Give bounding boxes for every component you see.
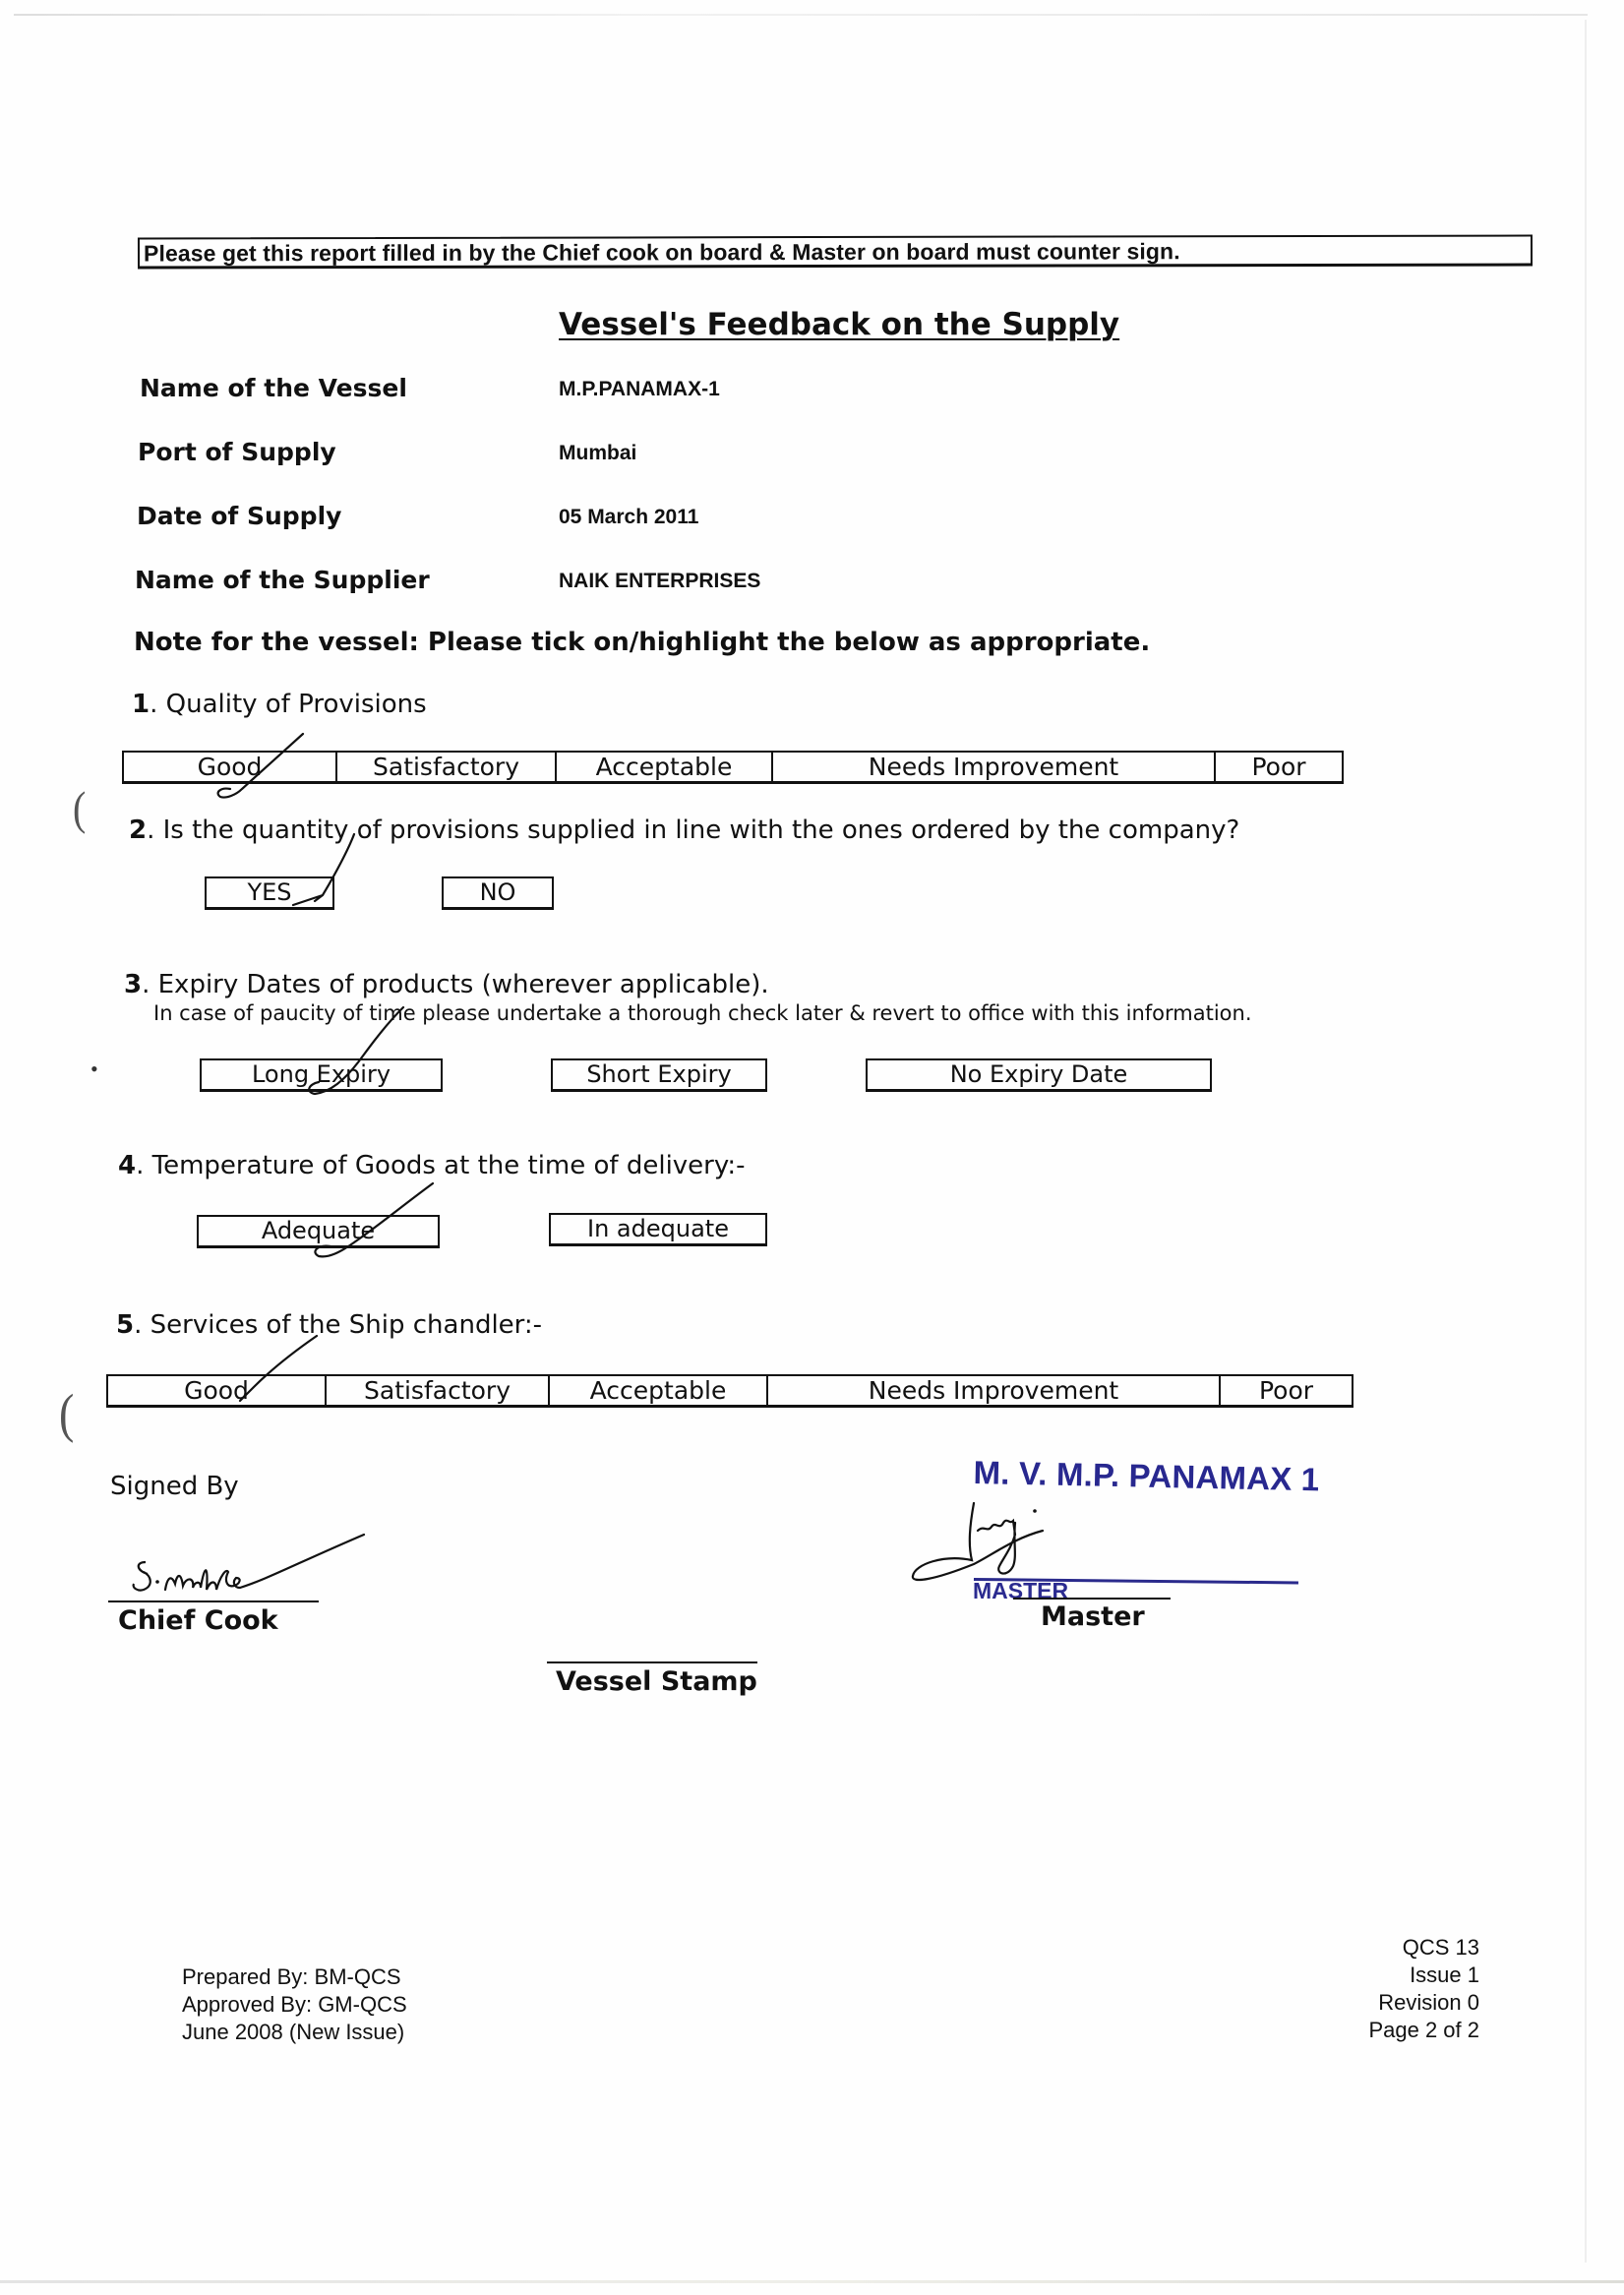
question-4: 4. Temperature of Goods at the time of d… (118, 1151, 746, 1180)
question-5: 5. Services of the Ship chandler:- (116, 1310, 542, 1340)
scan-edge-top (14, 14, 1588, 16)
scan-edge-right (1585, 20, 1587, 2263)
master-caption: Master (1041, 1601, 1145, 1632)
question-number: 1 (132, 690, 150, 719)
option-inadequate[interactable]: In adequate (549, 1213, 767, 1246)
chief-cook-caption: Chief Cook (118, 1605, 278, 1636)
question-number: 5 (116, 1310, 134, 1340)
date-of-supply-value: 05 March 2011 (559, 506, 698, 529)
page-title: Vessel's Feedback on the Supply (559, 307, 1119, 342)
footer-form-code: QCS 13 (1279, 1934, 1479, 1962)
vessel-name-value: M.P.PANAMAX-1 (559, 378, 720, 401)
question-text: . Is the quantity of provisions supplied… (147, 815, 1239, 845)
question-number: 3 (124, 970, 142, 999)
question-3: 3. Expiry Dates of products (wherever ap… (124, 970, 769, 999)
question-text: . Temperature of Goods at the time of de… (136, 1151, 745, 1180)
signed-by-label: Signed By (110, 1472, 239, 1501)
footer-issue: Issue 1 (1279, 1962, 1479, 1989)
option-long-expiry[interactable]: Long Expiry (200, 1058, 443, 1092)
scanned-form-page: ( ( • Please get this report filled in b… (0, 0, 1624, 2295)
chief-cook-signature-icon (118, 1525, 374, 1603)
stamp-role: MASTER (973, 1578, 1068, 1604)
supplier-name-value: NAIK ENTERPRISES (559, 570, 760, 593)
question-text: . Expiry Dates of products (wherever app… (142, 970, 769, 999)
option-no[interactable]: NO (442, 876, 554, 910)
footer-document-info: Prepared By: BM-QCS Approved By: GM-QCS … (182, 1963, 407, 2046)
vessel-stamp-name: M. V. M.P. PANAMAX 1 (973, 1454, 1320, 1498)
chandler-services-rating-row: Good Satisfactory Acceptable Needs Impro… (106, 1374, 1353, 1408)
question-text: . Quality of Provisions (150, 690, 427, 719)
footer-prepared-by: Prepared By: BM-QCS (182, 1963, 407, 1991)
rating-option-acceptable[interactable]: Acceptable (550, 1376, 768, 1405)
margin-bracket-mark: ( (73, 780, 86, 835)
rating-option-good[interactable]: Good (108, 1376, 327, 1405)
date-of-supply-label: Date of Supply (137, 502, 341, 530)
footer-page-number: Page 2 of 2 (1279, 2017, 1479, 2044)
quality-rating-row: Good Satisfactory Acceptable Needs Impro… (122, 751, 1344, 784)
master-signature-line (1013, 1598, 1171, 1600)
margin-bracket-mark: ( (59, 1382, 74, 1445)
rating-option-poor[interactable]: Poor (1221, 1376, 1352, 1405)
option-no-expiry-date[interactable]: No Expiry Date (866, 1058, 1212, 1092)
question-number: 2 (129, 815, 147, 845)
rating-option-needs-improvement[interactable]: Needs Improvement (773, 753, 1216, 781)
question-number: 4 (118, 1151, 136, 1180)
footer-approved-by: Approved By: GM-QCS (182, 1991, 407, 2019)
port-of-supply-label: Port of Supply (138, 438, 336, 466)
chief-cook-signature-line (108, 1600, 319, 1602)
rating-option-satisfactory[interactable]: Satisfactory (337, 753, 557, 781)
rating-option-poor[interactable]: Poor (1216, 753, 1342, 781)
question-1: 1. Quality of Provisions (132, 690, 427, 719)
port-of-supply-value: Mumbai (559, 442, 636, 465)
rating-option-satisfactory[interactable]: Satisfactory (327, 1376, 550, 1405)
rating-option-acceptable[interactable]: Acceptable (557, 753, 773, 781)
vessel-note: Note for the vessel: Please tick on/high… (134, 628, 1150, 657)
supplier-name-label: Name of the Supplier (135, 566, 430, 594)
instruction-notice: Please get this report filled in by the … (138, 235, 1533, 270)
question-text: . Services of the Ship chandler:- (134, 1310, 542, 1340)
option-yes[interactable]: YES (205, 876, 334, 910)
footer-issue-date: June 2008 (New Issue) (182, 2019, 407, 2046)
rating-option-good[interactable]: Good (124, 753, 337, 781)
rating-option-needs-improvement[interactable]: Needs Improvement (768, 1376, 1221, 1405)
footer-revision-info: QCS 13 Issue 1 Revision 0 Page 2 of 2 (1279, 1934, 1479, 2044)
scan-edge-bottom (0, 2280, 1624, 2283)
vessel-stamp-line (547, 1661, 757, 1663)
question-2: 2. Is the quantity of provisions supplie… (129, 815, 1239, 845)
margin-dot-mark: • (90, 1057, 98, 1082)
vessel-name-label: Name of the Vessel (140, 374, 407, 402)
option-short-expiry[interactable]: Short Expiry (551, 1058, 767, 1092)
expiry-sub-note: In case of paucity of time please undert… (153, 1001, 1252, 1025)
option-adequate[interactable]: Adequate (197, 1215, 440, 1248)
vessel-stamp-caption: Vessel Stamp (556, 1666, 757, 1697)
footer-revision: Revision 0 (1279, 1989, 1479, 2017)
